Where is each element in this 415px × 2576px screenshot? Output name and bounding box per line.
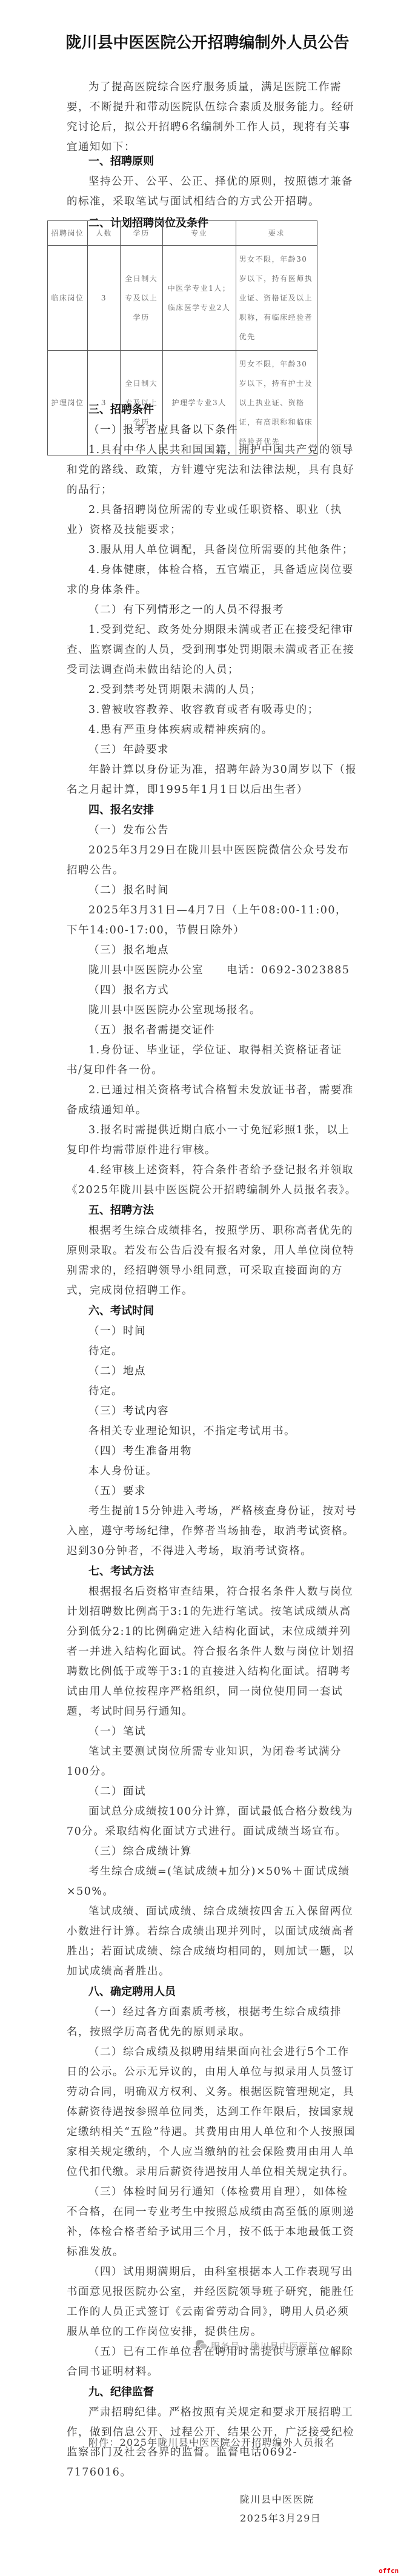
section-body: 坚持公开、公平、公正、择优的原则，按照德才兼备的标准，采取笔试与面试相结合的方式…	[67, 172, 357, 212]
table-header-row: 招聘岗位 人数 学历 专业 要求	[48, 221, 317, 246]
section-body: 笔试成绩、面试成绩、综合成绩按四舍五入保留两位小数进行计算。若综合成绩出现并列时…	[67, 1902, 357, 1982]
list-item: 2.具备招聘岗位所需的专业或任职资格、职业（执业）资格及技能要求；	[67, 500, 357, 540]
table-cell: 中医学专业1人；临床医学专业2人	[162, 246, 236, 351]
list-item: （三）体检时间另行通知（体检费用自理），如体检不合格，在同一专业考生中按照总成绩…	[67, 2182, 357, 2262]
subsection-heading: （二）面试	[67, 1782, 357, 1802]
watermark-text: 服务号 · 陇川县中医医院	[211, 2340, 318, 2353]
section-body: 考生提前15分钟进入考场，严格核查身份证，按对号入座，遵守考场纪律，作弊者当场抽…	[67, 1502, 357, 1561]
subsection-heading: （五）报名者需提交证件	[67, 1021, 357, 1041]
section-body: 笔试主要测试岗位所需专业知识，为闭卷考试满分100分。	[67, 1742, 357, 1782]
page-title: 陇川县中医医院公开招聘编制外人员公告	[0, 30, 415, 53]
section-conditions: 三、招聘条件 （一）报考者应具备以下条件 1.具有中华人民共和国国籍，拥护中国共…	[67, 400, 357, 2483]
list-item: 4.经审核上述资料，符合条件者给予登记报名并领取《2025年陇川县中医医院公开招…	[67, 1161, 357, 1200]
intro-section: 为了提高医院综合医疗服务质量，满足医院工作需要，不断提升和带动医院队伍综合素质及…	[67, 78, 357, 157]
section-heading: 七、考试方法	[67, 1561, 357, 1582]
table-cell: 全日制大专及以上学历	[120, 246, 162, 351]
intro-paragraph: 为了提高医院综合医疗服务质量，满足医院工作需要，不断提升和带动医院队伍综合素质及…	[67, 78, 357, 157]
subsection-heading: （三）综合成绩计算	[67, 1842, 357, 1862]
subsection-heading: （一）发布公告	[67, 821, 357, 841]
table-cell: 男女不限，年龄30岁以下，持有医师执业证、资格证及以上职称，有临床经验者优先	[236, 246, 317, 351]
score-formula: 考生综合成绩=(笔试成绩+加分)×50%＋面试成绩×50%。	[67, 1862, 357, 1902]
list-item: 4.患有严重身体疾病或精神疾病的。	[67, 720, 357, 740]
section-body: 各相关专业理论知识，不指定考试用书。	[67, 1422, 357, 1442]
header-cell: 人数	[87, 221, 120, 246]
section-body: 根据考生综合成绩排名，按照学历、职称高者优先的原则录取。若发布公告后没有报名对象…	[67, 1221, 357, 1301]
header-cell: 学历	[120, 221, 162, 246]
list-item: 1.具有中华人民共和国国籍，拥护中国共产党的领导和党的路线、政策，方针遵守宪法和…	[67, 440, 357, 500]
list-item: （四）试用期满期后，由科室根据本人工作表现写出书面意见报医院办公室，并经医院领导…	[67, 2262, 357, 2342]
section-heading: 一、招聘原则	[67, 151, 357, 172]
section-body: 本人身份证。	[67, 1462, 357, 1482]
section-heading: 六、考试时间	[67, 1301, 357, 1322]
wechat-icon	[195, 2339, 207, 2353]
section-body: 根据报名后资格审查结果，符合报名条件人数与岗位计划招聘数比例高于3:1的先进行笔…	[67, 1582, 357, 1722]
section-heading: 四、报名安排	[67, 800, 357, 821]
subsection-heading: （二）地点	[67, 1362, 357, 1382]
table-cell: 临床岗位	[48, 246, 88, 351]
signature-date: 2025年3月29日	[240, 2511, 321, 2525]
list-item: （一）经过各方面素质考核，根据考生综合成绩排名，按照学历高者优先的原则录取。	[67, 2002, 357, 2042]
signature-org: 陇川县中医医院	[240, 2492, 314, 2506]
subsection-heading: （一）笔试	[67, 1722, 357, 1742]
subsection-heading: （三）年龄要求	[67, 740, 357, 760]
section-body: 年龄计算以身份证为准，招聘年龄为30周岁以下（报名之月起计算，即1995年1月1…	[67, 760, 357, 800]
section-heading: 九、纪律监督	[67, 2382, 357, 2403]
attachment-line: 附件：2025年陇川县中医医院公开招聘编外人员报名	[88, 2435, 335, 2449]
section-body: 待定。	[67, 1342, 357, 1362]
list-item: 3.服从用人单位调配，具备岗位所需要的其他条件；	[67, 540, 357, 560]
list-item: 1.身份证、毕业证，学位证、取得相关资格证者证书/复印件各一份。	[67, 1041, 357, 1081]
list-item: 2.已通过相关资格考试合格暂未发放证书者，需要准备成绩通知单。	[67, 1081, 357, 1121]
list-item: 1.受到党纪、政务处分期限未满或者正在接受纪律审查、监察调查的人员，受到刑事处罚…	[67, 620, 357, 680]
list-item: （二）综合成绩及拟聘用结果面向社会进行5个工作日的公示。公示无异议的，由用人单位…	[67, 2042, 357, 2182]
subsection-heading: （一）时间	[67, 1322, 357, 1342]
header-cell: 专业	[162, 221, 236, 246]
header-cell: 招聘岗位	[48, 221, 88, 246]
subsection-heading: （二）报名时间	[67, 881, 357, 901]
section-heading: 三、招聘条件	[67, 400, 357, 420]
header-cell: 要求	[236, 221, 317, 246]
subsection-heading: （三）考试内容	[67, 1402, 357, 1422]
section-heading: 五、招聘方法	[67, 1200, 357, 1221]
subsection-heading: （四）报名方式	[67, 981, 357, 1001]
contact-line: 陇川县中医医院办公室 电话：0692-3023885	[67, 961, 357, 981]
list-item: 3.曾被收容教养、收容教育或者有吸毒史的；	[67, 700, 357, 720]
list-item: 2.受到禁考处罚期限未满的人员；	[67, 680, 357, 700]
section-heading: 八、确定聘用人员	[67, 1982, 357, 2002]
subsection-heading: （一）报考者应具备以下条件	[67, 420, 357, 440]
table-cell: 3	[87, 246, 120, 351]
subsection-heading: （四）考生准备用物	[67, 1442, 357, 1462]
list-item: 4.身体健康，体检合格，五官端正，具备适应岗位要求的身体条件。	[67, 560, 357, 600]
subsection-heading: （二）有下列情形之一的人员不得报考	[67, 600, 357, 620]
section-body: 面试总分成绩按100分计算，面试最低合格分数线为70分。采取结构化面试方式进行。…	[67, 1802, 357, 1842]
table-row: 临床岗位 3 全日制大专及以上学历 中医学专业1人；临床医学专业2人 男女不限，…	[48, 246, 317, 351]
offcn-logo: offcn	[379, 2567, 399, 2575]
subsection-heading: （五）要求	[67, 1482, 357, 1502]
list-item: 3.报名时需提供近期白底小一寸免冠彩照1张，以上复印件均需带原件进行审核。	[67, 1121, 357, 1161]
subsection-heading: （三）报名地点	[67, 941, 357, 961]
section-body: 待定。	[67, 1382, 357, 1402]
section-body: 陇川县中医医院办公室现场报名。	[67, 1001, 357, 1021]
section-body: 2025年3月29日在陇川县中医医院微信公众号发布招聘公告。	[67, 841, 357, 881]
wechat-service-watermark: 服务号 · 陇川县中医医院	[195, 2339, 318, 2353]
section-body: 2025年3月31日—4月7日（上午08:00-11:00，下午14:00-17…	[67, 901, 357, 941]
